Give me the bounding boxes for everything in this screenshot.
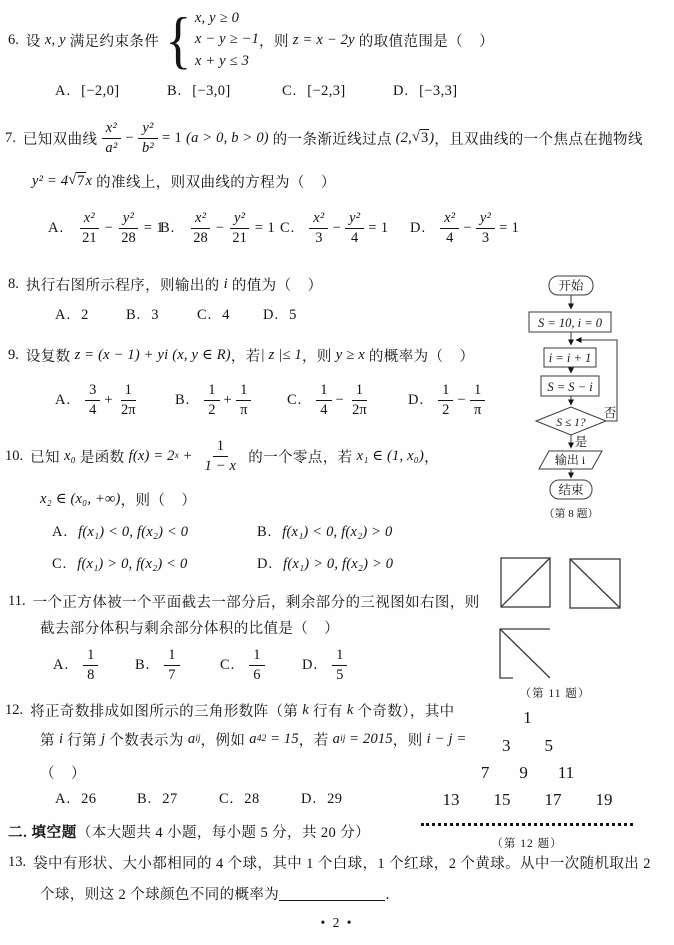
fraction-numerator: 1 bbox=[249, 646, 264, 665]
math-segment: x, y bbox=[45, 32, 66, 49]
q11-figure-caption: （第 11 题） bbox=[475, 685, 635, 701]
fraction-numerator: 1 bbox=[83, 646, 98, 665]
option-label: C. bbox=[282, 83, 297, 100]
text-segment: 的取值范围是（ ） bbox=[355, 30, 494, 51]
fraction-denominator: π bbox=[470, 401, 485, 419]
q9-option-d: D. 12 − 1π bbox=[408, 378, 489, 422]
option-label: B. bbox=[175, 392, 190, 409]
text-segment: − bbox=[463, 220, 472, 237]
text-segment: 26 bbox=[81, 791, 96, 808]
option-label: B. bbox=[167, 83, 182, 100]
q12-option-b: B.27 bbox=[137, 791, 178, 808]
question-6-stem: 6.设 x, y 满足约束条件 { x, y ≥ 0 x − y ≥ −1 x … bbox=[8, 5, 494, 75]
flow-no-label: 否 bbox=[604, 406, 617, 420]
question-11-line-2: 截去部分体积与剩余部分体积的比值是（ ） bbox=[40, 616, 339, 638]
option-label: D. bbox=[302, 657, 318, 674]
question-7-line-2: y² = 47x 的准线上，则双曲线的方程为（ ） bbox=[32, 169, 336, 193]
math-segment: (a > 0, b > 0) bbox=[182, 130, 272, 147]
text-segment: = 1 bbox=[162, 130, 182, 147]
fraction: 14 bbox=[316, 381, 331, 418]
flow-end-label: 结束 bbox=[558, 482, 584, 497]
math-segment: f(x₁) < 0, f(x₂) > 0 bbox=[282, 524, 392, 541]
fraction-denominator: 28 bbox=[117, 229, 140, 247]
text-segment: + bbox=[224, 392, 233, 409]
fraction-denominator: a² bbox=[101, 139, 121, 157]
span-el: 17 bbox=[545, 790, 562, 810]
radical: 7 bbox=[68, 172, 85, 190]
q13-number: 13. bbox=[8, 854, 26, 871]
fraction: 11 − x bbox=[200, 437, 240, 474]
fraction-denominator: 6 bbox=[249, 666, 264, 684]
fraction-numerator: x² bbox=[440, 209, 459, 228]
fraction: 17 bbox=[164, 646, 179, 683]
fraction-denominator: 7 bbox=[164, 666, 179, 684]
fraction: 34 bbox=[85, 381, 100, 418]
question-13-stem: 13.袋中有形状、大小都相同的 4 个球，其中 1 个白球，1 个红球，2 个黄… bbox=[8, 851, 651, 873]
fraction-denominator: π bbox=[236, 401, 251, 419]
text-segment: 满足约束条件 bbox=[66, 30, 159, 51]
q7-option-b: B. x²28 − y²21 = 1 bbox=[160, 206, 275, 250]
g-el bbox=[500, 558, 620, 678]
fraction-denominator: 4 bbox=[85, 401, 100, 419]
flow-yes-label: 是 bbox=[575, 435, 588, 449]
span-el: 5 bbox=[545, 736, 554, 756]
fraction-numerator: 1 bbox=[352, 381, 367, 400]
text-segment: 的一条渐近线过点 bbox=[273, 128, 392, 149]
page-number: • 2 • bbox=[0, 915, 674, 931]
math-segment: k bbox=[302, 702, 309, 719]
text-segment: 个球，则这 2 个球颜色不同的概率为 bbox=[40, 883, 279, 904]
text-segment: [−3,3] bbox=[419, 83, 457, 100]
text-segment: ， bbox=[424, 446, 439, 467]
flow-init-label: S = 10, i = 0 bbox=[538, 316, 603, 330]
q12-number: 12. bbox=[5, 702, 23, 719]
text-segment: − bbox=[332, 220, 341, 237]
math-segment: x + y ≤ 3 bbox=[195, 51, 259, 73]
q12-option-c: C.28 bbox=[219, 791, 260, 808]
q9-number: 9. bbox=[8, 347, 19, 364]
option-label: B. bbox=[137, 791, 152, 808]
text-segment: = 1 bbox=[499, 220, 519, 237]
fraction-numerator: x² bbox=[191, 209, 210, 228]
option-label: C. bbox=[280, 220, 295, 237]
fraction: y²3 bbox=[476, 209, 495, 246]
subscript: 42 bbox=[257, 734, 267, 744]
option-label: A. bbox=[55, 392, 71, 409]
text-segment: 的概率为（ ） bbox=[365, 345, 475, 366]
q11-three-view-figure bbox=[495, 550, 655, 685]
fraction: 18 bbox=[83, 646, 98, 683]
math-segment: x bbox=[86, 173, 93, 190]
question-9-stem: 9.设复数 z = (x − 1) + yi (x, y ∈ R)，若| z |… bbox=[8, 344, 474, 366]
q6-option-c: C.[−2,3] bbox=[282, 83, 346, 100]
q6-option-a: A.[−2,0] bbox=[55, 83, 119, 100]
system-brace: { bbox=[165, 8, 191, 72]
math-segment: x, y ≥ 0 bbox=[195, 8, 259, 30]
fraction-numerator: y² bbox=[119, 209, 138, 228]
fraction-numerator: y² bbox=[345, 209, 364, 228]
text-segment: ，若 bbox=[299, 729, 333, 750]
exam-page: 6.设 x, y 满足约束条件 { x, y ≥ 0 x − y ≥ −1 x … bbox=[0, 0, 674, 945]
fraction-numerator: x² bbox=[80, 209, 99, 228]
option-label: C. bbox=[220, 657, 235, 674]
fraction-denominator: 4 bbox=[442, 229, 457, 247]
fraction-denominator: 21 bbox=[78, 229, 101, 247]
fraction-denominator: 21 bbox=[228, 229, 251, 247]
fraction: 16 bbox=[249, 646, 264, 683]
span-el: 15 bbox=[494, 790, 511, 810]
fraction-denominator: 2 bbox=[204, 401, 219, 419]
option-label: A. bbox=[55, 307, 71, 324]
g-el: 开始 S = 10, i = 0 i = i + 1 S = S − i S ≤… bbox=[538, 278, 617, 520]
text-segment: 一个正方体被一个平面截去一部分后，剩余部分的三视图如右图，则 bbox=[33, 591, 480, 612]
text-segment: − bbox=[336, 392, 345, 409]
text-segment: − bbox=[457, 392, 466, 409]
text-segment: 29 bbox=[327, 791, 342, 808]
q11-option-c: C. 16 bbox=[220, 643, 269, 687]
text-segment: 截去部分体积与剩余部分体积的比值是（ ） bbox=[40, 617, 339, 638]
fraction-denominator: 2π bbox=[348, 401, 371, 419]
q11-option-b: B. 17 bbox=[135, 643, 184, 687]
option-label: D. bbox=[257, 556, 273, 573]
constraint-stack: x, y ≥ 0 x − y ≥ −1 x + y ≤ 3 bbox=[195, 8, 259, 73]
fraction-denominator: 3 bbox=[311, 229, 326, 247]
fraction-numerator: 1 bbox=[438, 381, 453, 400]
fraction-denominator: 2π bbox=[117, 401, 140, 419]
question-12-line-2: 第 i 行第 j 个数表示为 aij，例如 a42 = 15，若 aij = 2… bbox=[40, 727, 467, 751]
flow-cond-label: S ≤ 1? bbox=[556, 417, 586, 429]
math-segment: (2, bbox=[392, 130, 412, 147]
option-label: A. bbox=[48, 220, 64, 237]
fraction-numerator: 1 bbox=[213, 437, 228, 456]
math-segment: | z |≤ 1 bbox=[261, 347, 302, 364]
fraction-numerator: 1 bbox=[164, 646, 179, 665]
text-segment: 28 bbox=[244, 791, 259, 808]
text-segment: [−2,3] bbox=[307, 83, 345, 100]
fraction: 12 bbox=[204, 381, 219, 418]
fraction: 1π bbox=[236, 381, 251, 418]
text-segment: ，则 bbox=[302, 345, 336, 366]
q6-option-b: B.[−3,0] bbox=[167, 83, 231, 100]
flow-step-label: i = i + 1 bbox=[549, 351, 592, 365]
fraction-numerator: 1 bbox=[121, 381, 136, 400]
text-segment: ，则（ ） bbox=[121, 489, 197, 510]
span-el: 13 bbox=[443, 790, 460, 810]
fraction: x²a² bbox=[101, 119, 121, 156]
q12-figure-caption: （第 12 题） bbox=[420, 835, 634, 851]
fraction: 12π bbox=[117, 381, 140, 418]
fraction: x²4 bbox=[440, 209, 459, 246]
q11-option-a: A. 18 bbox=[53, 643, 102, 687]
text-segment: 的准线上，则双曲线的方程为（ ） bbox=[92, 171, 336, 192]
q7-option-d: D. x²4 − y²3 = 1 bbox=[410, 206, 519, 250]
q10-option-a: A.f(x₁) < 0, f(x₂) < 0 bbox=[52, 524, 188, 541]
text-segment: ，例如 bbox=[201, 729, 250, 750]
option-label: D. bbox=[301, 791, 317, 808]
text-segment: 5 bbox=[289, 307, 297, 324]
question-13-line-2: 个球，则这 2 个球颜色不同的概率为． bbox=[40, 882, 400, 904]
math-segment: f(x) = 2 bbox=[129, 448, 175, 465]
question-10-stem: 10.已知 x₀ 是函数 f(x) = 2x + 11 − x 的一个零点，若 … bbox=[5, 434, 439, 478]
text-segment: ，且双曲线的一个焦点在抛物线 bbox=[434, 128, 643, 149]
option-label: B. bbox=[257, 524, 272, 541]
q11-option-d: D. 15 bbox=[302, 643, 351, 687]
fraction: 12π bbox=[348, 381, 371, 418]
radical: 3 bbox=[412, 129, 429, 147]
fraction-numerator: 1 bbox=[470, 381, 485, 400]
math-segment: a bbox=[188, 731, 195, 748]
radicand: 7 bbox=[76, 172, 85, 190]
q8-flowchart: 开始 S = 10, i = 0 i = i + 1 S = S − i S ≤… bbox=[513, 270, 645, 522]
question-12-stem: 12.将正奇数排成如图所示的三角形数阵（第 k 行有 k 个奇数），其中 bbox=[5, 699, 455, 721]
line-el bbox=[570, 559, 620, 608]
fraction: 1π bbox=[470, 381, 485, 418]
q7-number: 7. bbox=[5, 130, 16, 147]
q8-number: 8. bbox=[8, 276, 19, 293]
q6-option-d: D.[−3,3] bbox=[393, 83, 457, 100]
q6-number: 6. bbox=[8, 32, 19, 49]
fraction: 12 bbox=[438, 381, 453, 418]
math-segment: x₁ ∈ (1, x₀) bbox=[357, 448, 425, 465]
q11-number: 11. bbox=[8, 593, 26, 610]
q10-option-b: B.f(x₁) < 0, f(x₂) > 0 bbox=[257, 524, 392, 541]
span-el: 1 bbox=[523, 708, 532, 728]
text-segment: ． bbox=[385, 883, 400, 904]
math-segment: a bbox=[249, 731, 256, 748]
fraction-numerator: x² bbox=[102, 119, 121, 138]
section-2-note: （本大题共 4 小题，每小题 5 分，共 20 分） bbox=[77, 821, 370, 842]
text-segment: 2 bbox=[81, 307, 89, 324]
math-segment: k bbox=[347, 702, 354, 719]
radicand: 3 bbox=[420, 129, 429, 147]
q12-array-row-4: 13151719 bbox=[420, 790, 635, 810]
fraction: x²21 bbox=[78, 209, 101, 246]
fraction-denominator: 8 bbox=[83, 666, 98, 684]
question-7-stem: 7.已知双曲线 x²a² − y²b² = 1 (a > 0, b > 0) 的… bbox=[5, 112, 643, 164]
question-11-stem: 11.一个正方体被一个平面截去一部分后，剩余部分的三视图如右图，则 bbox=[8, 590, 480, 612]
option-label: C. bbox=[52, 556, 67, 573]
question-12-line-3: （ ） bbox=[40, 762, 86, 782]
text-segment: 4 bbox=[222, 307, 230, 324]
text-segment: 行有 bbox=[309, 700, 347, 721]
option-label: D. bbox=[393, 83, 409, 100]
math-segment: x₀ bbox=[64, 448, 76, 465]
text-segment: 设复数 bbox=[26, 345, 75, 366]
fraction-numerator: 1 bbox=[204, 381, 219, 400]
text-segment: [−3,0] bbox=[192, 83, 230, 100]
text-segment: 27 bbox=[162, 791, 177, 808]
text-segment: 已知双曲线 bbox=[23, 128, 98, 149]
option-label: B. bbox=[135, 657, 150, 674]
option-label: A. bbox=[55, 83, 71, 100]
text-segment: （ ） bbox=[40, 762, 86, 783]
q12-option-d: D.29 bbox=[301, 791, 342, 808]
fraction: y²4 bbox=[345, 209, 364, 246]
fraction-denominator: 3 bbox=[478, 229, 493, 247]
q8-option-a: A.2 bbox=[55, 307, 89, 324]
q9-option-c: C. 14 − 12π bbox=[287, 378, 375, 422]
text-segment: 设 bbox=[26, 30, 45, 51]
text-segment: 执行右图所示程序，则输出的 bbox=[26, 274, 224, 295]
text-segment: 的一个零点，若 bbox=[244, 446, 356, 467]
q10-option-d: D.f(x₁) > 0, f(x₂) > 0 bbox=[257, 556, 393, 573]
text-segment: 已知 bbox=[30, 446, 64, 467]
fraction: y²b² bbox=[138, 119, 158, 156]
text-segment: ，若 bbox=[231, 345, 261, 366]
q9-option-a: A. 34 + 12π bbox=[55, 378, 144, 422]
span-el: 9 bbox=[519, 763, 528, 783]
text-segment: − bbox=[105, 220, 114, 237]
option-label: C. bbox=[197, 307, 212, 324]
math-segment: y² = 4 bbox=[32, 173, 68, 190]
text-segment: 是函数 bbox=[76, 446, 129, 467]
math-segment: f(x₁) > 0, f(x₂) < 0 bbox=[77, 556, 187, 573]
math-segment: = 2015 bbox=[345, 731, 392, 748]
section-2-header: 二. 填空题（本大题共 4 小题，每小题 5 分，共 20 分） bbox=[8, 820, 370, 842]
flow-output-label: 输出 i bbox=[555, 452, 586, 467]
fraction-numerator: 1 bbox=[332, 646, 347, 665]
q12-array-row-3: 7911 bbox=[420, 763, 635, 783]
q8-option-b: B.3 bbox=[126, 307, 159, 324]
fraction-numerator: y² bbox=[476, 209, 495, 228]
q12-array-row-2: 35 bbox=[420, 736, 635, 756]
fraction-denominator: b² bbox=[138, 139, 158, 157]
fraction-denominator: 1 − x bbox=[200, 457, 240, 475]
fraction-denominator: 4 bbox=[316, 401, 331, 419]
text-segment: 袋中有形状、大小都相同的 4 个球，其中 1 个白球，1 个红球，2 个黄球。从… bbox=[33, 852, 651, 873]
q10-number: 10. bbox=[5, 448, 23, 465]
option-label: D. bbox=[408, 392, 424, 409]
text-segment: 第 bbox=[40, 729, 59, 750]
math-segment: = 15 bbox=[266, 731, 299, 748]
text-segment: 3 bbox=[151, 307, 159, 324]
option-label: D. bbox=[263, 307, 279, 324]
flow-start-label: 开始 bbox=[558, 278, 584, 293]
fraction-numerator: x² bbox=[309, 209, 328, 228]
fraction-numerator: 1 bbox=[316, 381, 331, 400]
line-el bbox=[500, 629, 550, 678]
text-segment: − bbox=[125, 130, 134, 147]
answer-blank bbox=[279, 886, 385, 901]
option-label: C. bbox=[219, 791, 234, 808]
q12-option-a: A.26 bbox=[55, 791, 96, 808]
option-label: A. bbox=[55, 791, 71, 808]
span-el: 11 bbox=[558, 763, 574, 783]
span-el: 3 bbox=[502, 736, 511, 756]
q8-option-d: D.5 bbox=[263, 307, 297, 324]
fraction: y²21 bbox=[228, 209, 251, 246]
q8-option-c: C.4 bbox=[197, 307, 230, 324]
q7-option-a: A. x²21 − y²28 = 1 bbox=[48, 206, 164, 250]
fraction-numerator: 1 bbox=[236, 381, 251, 400]
text-segment: [−2,0] bbox=[81, 83, 119, 100]
option-label: B. bbox=[126, 307, 141, 324]
text-segment: − bbox=[216, 220, 225, 237]
option-label: D. bbox=[410, 220, 426, 237]
fraction: y²28 bbox=[117, 209, 140, 246]
math-segment: x − y ≥ −1 bbox=[195, 29, 259, 51]
option-label: B. bbox=[160, 220, 175, 237]
question-10-line-2: x₂ ∈ (x₀, +∞)，则（ ） bbox=[40, 488, 196, 510]
q12-array-row-1: 1 bbox=[420, 708, 635, 728]
fraction-numerator: y² bbox=[230, 209, 249, 228]
math-segment: + bbox=[179, 448, 197, 465]
question-8-stem: 8.执行右图所示程序，则输出的 i 的值为（ ） bbox=[8, 273, 322, 295]
option-label: A. bbox=[53, 657, 69, 674]
fraction: x²28 bbox=[189, 209, 212, 246]
fraction-numerator: 3 bbox=[85, 381, 100, 400]
span-el: 19 bbox=[596, 790, 613, 810]
span-el: 7 bbox=[481, 763, 490, 783]
fraction-denominator: 5 bbox=[332, 666, 347, 684]
math-segment: f(x₁) > 0, f(x₂) > 0 bbox=[283, 556, 393, 573]
fraction-denominator: 28 bbox=[189, 229, 212, 247]
text-segment: = 1 bbox=[255, 220, 275, 237]
math-segment: z = x − 2y bbox=[293, 32, 355, 49]
flow-sub-label: S = S − i bbox=[547, 380, 593, 394]
text-segment: 个数表示为 bbox=[105, 729, 188, 750]
option-label: A. bbox=[52, 524, 68, 541]
math-segment: z = (x − 1) + yi bbox=[75, 347, 169, 364]
q9-option-b: B. 12 + 1π bbox=[175, 378, 255, 422]
line-el bbox=[501, 558, 550, 607]
section-2-title: 二. 填空题 bbox=[8, 821, 77, 842]
text-segment: 将正奇数排成如图所示的三角形数阵（第 bbox=[30, 700, 302, 721]
text-segment: ，则 bbox=[259, 30, 293, 51]
math-segment: a bbox=[333, 731, 340, 748]
q12-dotted-rule bbox=[421, 823, 633, 826]
math-segment: x₂ ∈ (x₀, +∞) bbox=[40, 491, 121, 508]
math-segment: f(x₁) < 0, f(x₂) < 0 bbox=[78, 524, 188, 541]
fraction: x²3 bbox=[309, 209, 328, 246]
fraction-numerator: y² bbox=[138, 119, 157, 138]
fraction: 15 bbox=[332, 646, 347, 683]
text-segment: + bbox=[104, 392, 113, 409]
q10-option-c: C.f(x₁) > 0, f(x₂) < 0 bbox=[52, 556, 187, 573]
text-segment: 行第 bbox=[63, 729, 101, 750]
math-segment: y ≥ x bbox=[336, 347, 365, 364]
math-segment: (x, y ∈ R) bbox=[168, 347, 230, 364]
fraction-denominator: 2 bbox=[438, 401, 453, 419]
fraction-denominator: 4 bbox=[347, 229, 362, 247]
text-segment: = 1 bbox=[368, 220, 388, 237]
q7-option-c: C. x²3 − y²4 = 1 bbox=[280, 206, 389, 250]
text-segment: 的值为（ ） bbox=[228, 274, 323, 295]
option-label: C. bbox=[287, 392, 302, 409]
q8-figure-caption: （第 8 题） bbox=[544, 506, 599, 520]
